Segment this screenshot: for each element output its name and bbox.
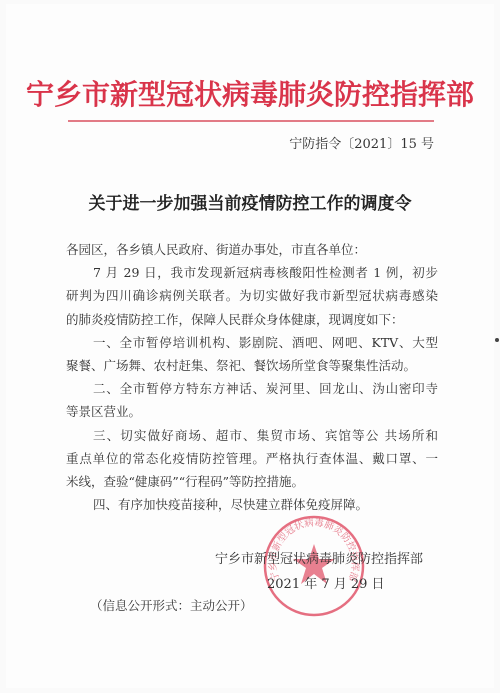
issuer-heading: 宁乡市新型冠状病毒肺炎防控指挥部: [0, 73, 500, 113]
margin-dot: [495, 338, 499, 342]
salutation: 各园区，各乡镇人民政府、街道办事处，市直各单位：: [66, 238, 438, 261]
paragraph-line: 四、有序加快疫苗接种，尽快建立群体免疫屏障。: [66, 493, 438, 516]
document-body: 各园区，各乡镇人民政府、街道办事处，市直各单位： 7 月 29 日，我市发现新冠…: [66, 238, 438, 516]
document-number: 宁防指令〔2021〕15 号: [289, 133, 434, 152]
paragraph-line: 研判为四川确诊病例关联者。为切实做好我市新型冠状病毒感染: [66, 284, 438, 307]
document-title: 关于进一步加强当前疫情防控工作的调度令: [0, 189, 500, 214]
paragraph-line: 等景区营业。: [66, 400, 438, 423]
paragraph-line: 一、全市暂停培训机构、影剧院、酒吧、网吧、KTV、大型: [66, 331, 438, 354]
paragraph-line: 重点单位的常态化疫情防控管理。严格执行查体温、戴口罩、一: [66, 447, 438, 470]
paragraph-line: 7 月 29 日，我市发现新冠病毒核酸阳性检测者 1 例，初步: [66, 261, 438, 284]
paragraph-line: 二、全市暂停方特东方神话、炭河里、回龙山、沩山密印寺: [66, 377, 438, 400]
paragraph-line: 三、切实做好商场、超市、集贸市场、宾馆等公 共场所和: [66, 424, 438, 447]
paragraph-line: 聚餐、广场舞、农村赶集、祭祀、餐饮场所堂食等聚集性活动。: [66, 354, 438, 377]
signature-date: 2021 年 7 月 29 日: [267, 573, 385, 592]
disclosure-note: （信息公开形式：主动公开）: [90, 596, 253, 614]
signature-issuer: 宁乡市新型冠状病毒肺炎防控指挥部: [215, 548, 423, 567]
paragraph-line: 米线，查验“健康码”“行程码”等防控措施。: [66, 470, 438, 493]
paragraph-line: 的肺炎疫情防控工作，保障人民群众身体健康，现调度如下：: [66, 308, 438, 331]
red-divider: [68, 120, 434, 122]
